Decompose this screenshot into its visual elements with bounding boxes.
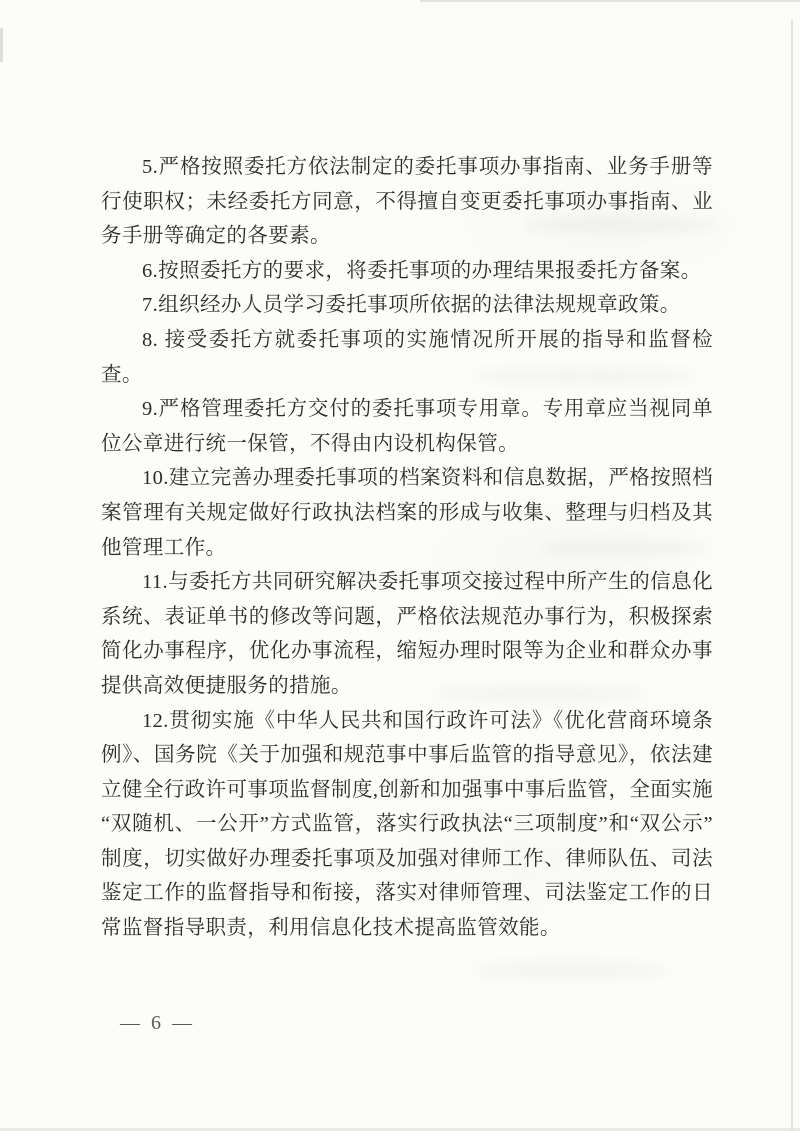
document-body: 5.严格按照委托方依法制定的委托事项办事指南、业务手册等行使职权；未经委托方同意… bbox=[101, 150, 713, 946]
paragraph-item-12: 12.贯彻实施《中华人民共和国行政许可法》《优化营商环境条例》、国务院《关于加强… bbox=[101, 704, 713, 946]
scan-edge-artifact bbox=[791, 20, 793, 1131]
paragraph-item-10: 10.建立完善办理委托事项的档案资料和信息数据，严格按照档案管理有关规定做好行政… bbox=[101, 461, 713, 565]
scan-smudge-artifact bbox=[470, 962, 670, 978]
paragraph-item-11: 11.与委托方共同研究解决委托事项交接过程中所产生的信息化系统、表证单书的修改等… bbox=[101, 565, 713, 703]
scanned-document-page: 5.严格按照委托方依法制定的委托事项办事指南、业务手册等行使职权；未经委托方同意… bbox=[0, 0, 800, 1131]
paragraph-item-6: 6.按照委托方的要求，将委托事项的办理结果报委托方备案。 bbox=[101, 254, 713, 289]
paragraph-item-5: 5.严格按照委托方依法制定的委托事项办事指南、业务手册等行使职权；未经委托方同意… bbox=[101, 150, 713, 254]
paragraph-item-7: 7.组织经办人员学习委托事项所依据的法律法规规章政策。 bbox=[101, 288, 713, 323]
paragraph-item-9: 9.严格管理委托方交付的委托事项专用章。专用章应当视同单位公章进行统一保管，不得… bbox=[101, 392, 713, 461]
scan-edge-artifact bbox=[0, 28, 3, 62]
scan-edge-artifact bbox=[420, 0, 800, 2]
page-number: — 6 — bbox=[120, 1012, 195, 1035]
paragraph-item-8: 8. 接受委托方就委托事项的实施情况所开展的指导和监督检查。 bbox=[101, 323, 713, 392]
